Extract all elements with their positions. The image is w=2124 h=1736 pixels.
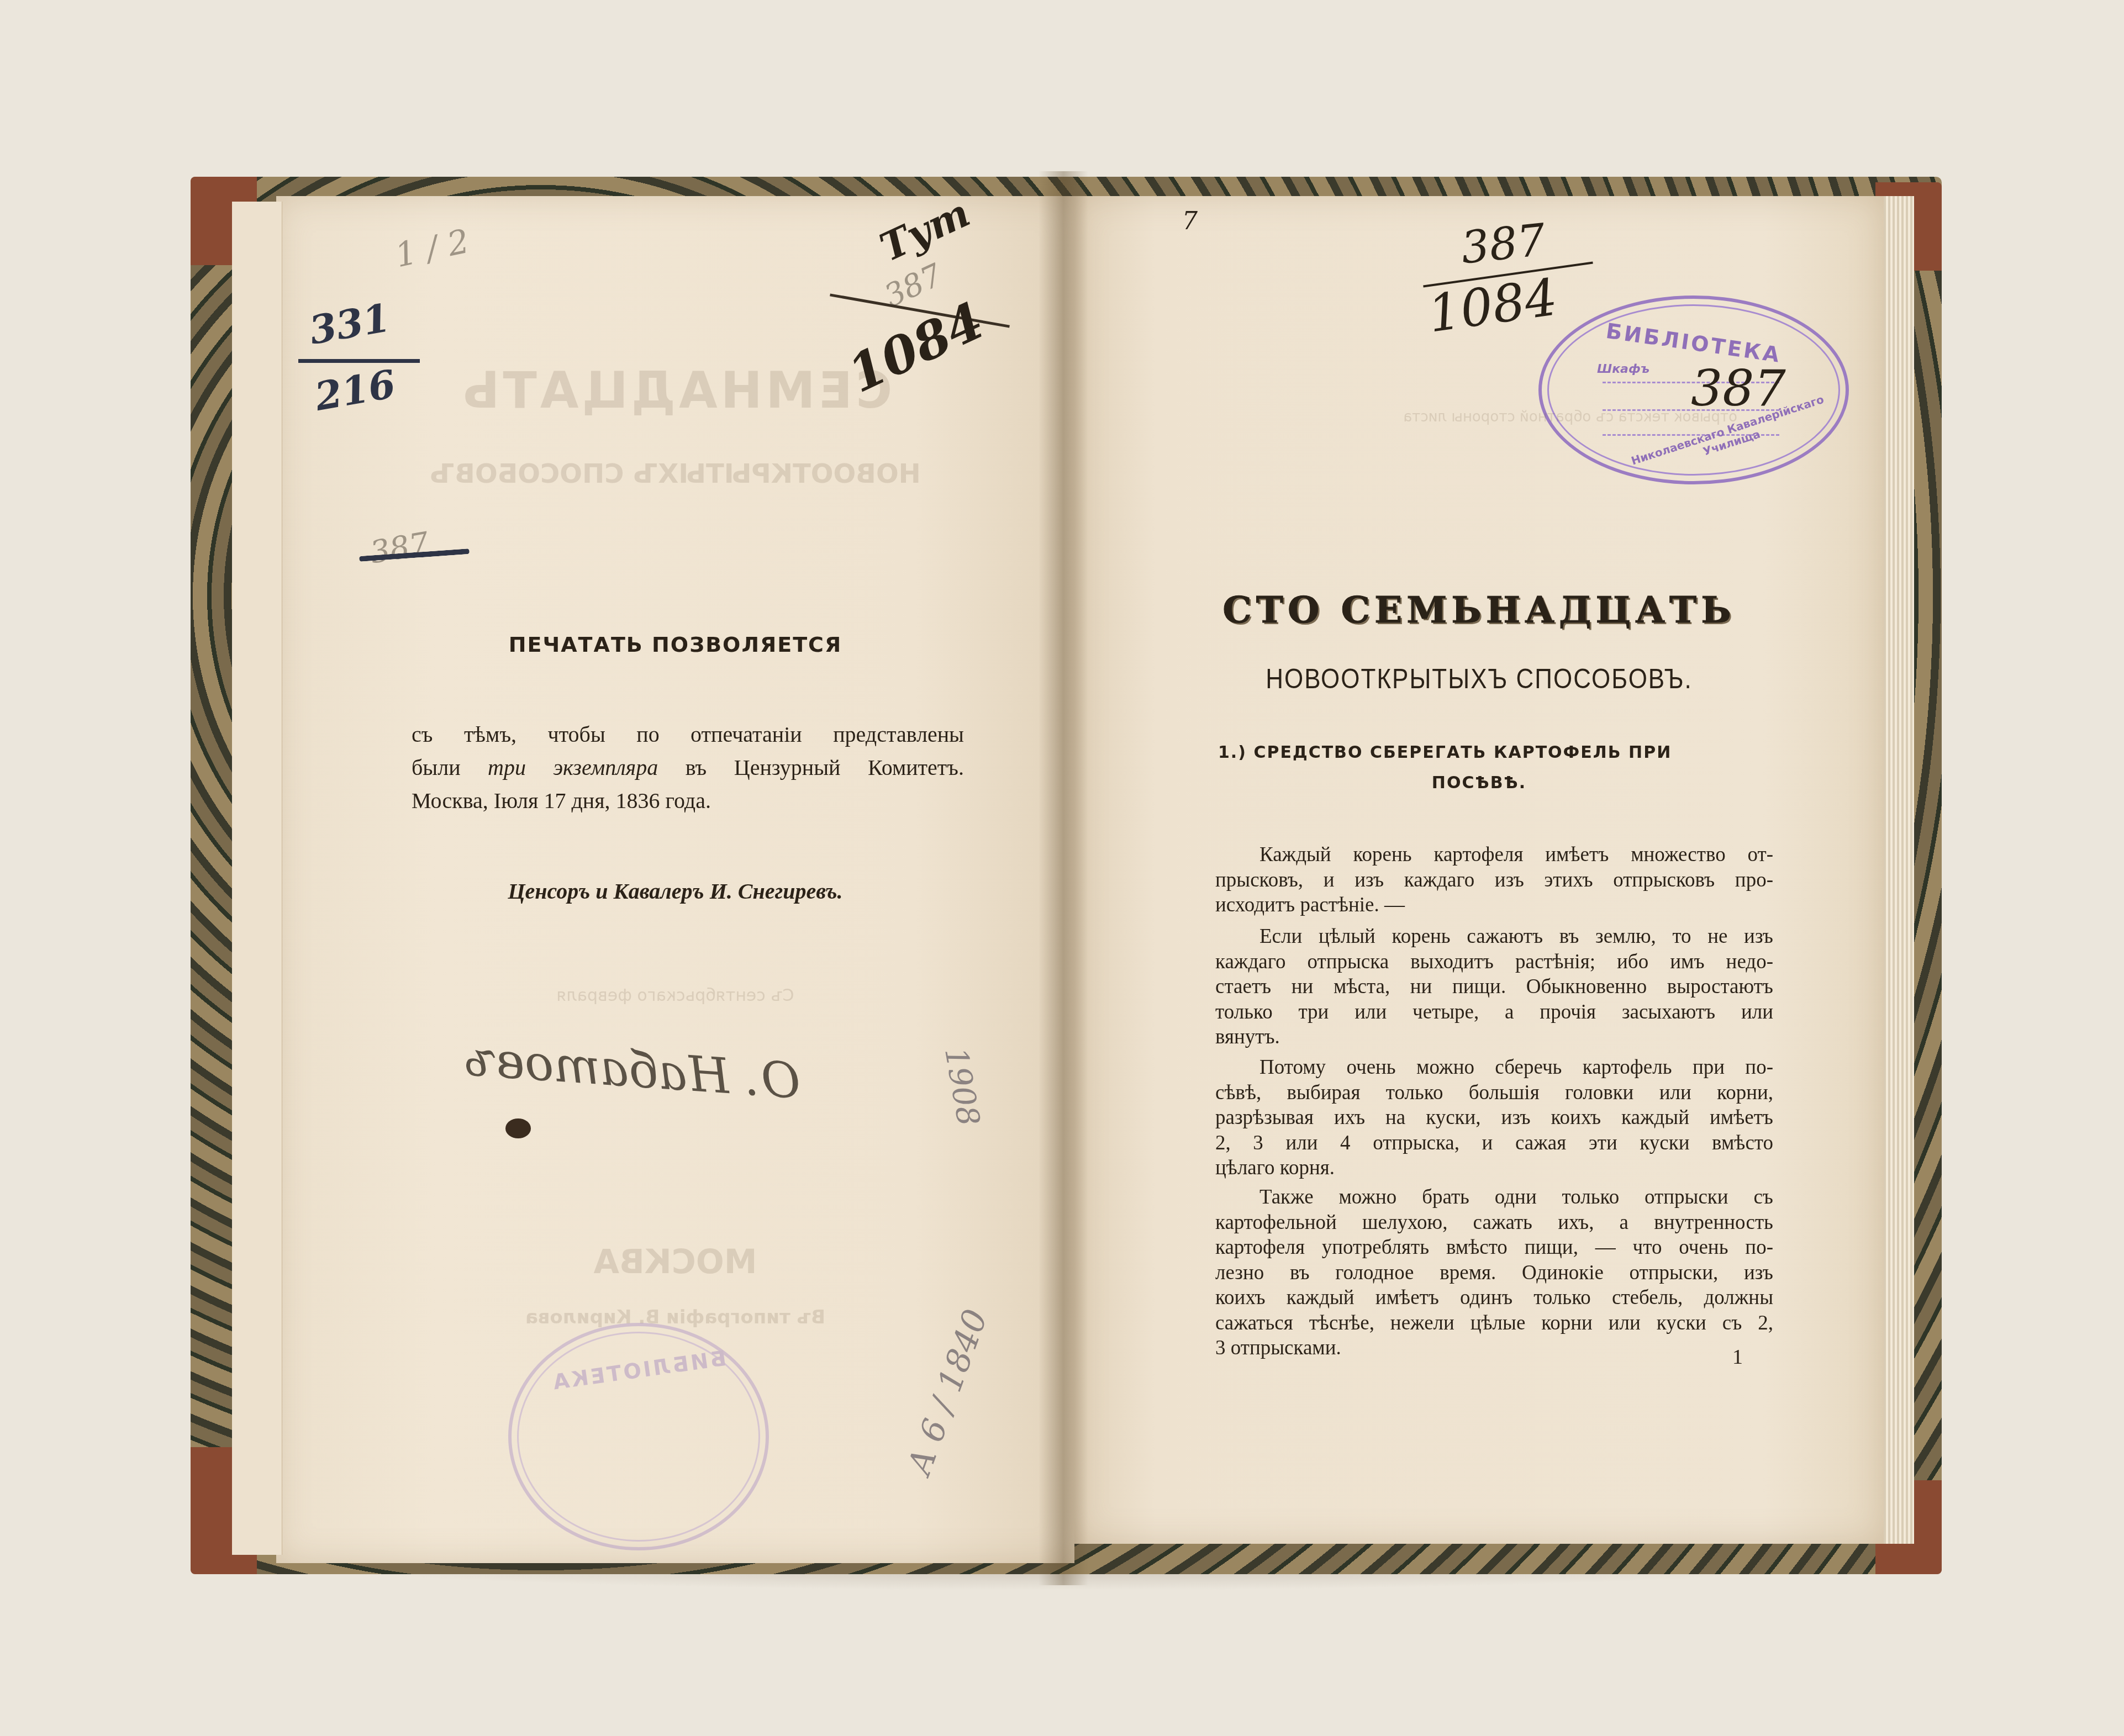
- right-page-recto: 7 387 1084 БИБЛІОТЕКА Шкафъ Николаевскаг…: [1074, 196, 1884, 1544]
- stamp-shelf-label: Шкафъ: [1597, 362, 1649, 376]
- paragraph-4: Также можно брать одни только отпрыски с…: [1215, 1185, 1773, 1361]
- paragraph-line: коихъ каждый имѣетъ одинъ только стебель…: [1215, 1285, 1773, 1311]
- paragraph-line: лезно въ голодное время. Одинокіе отпрыс…: [1215, 1260, 1773, 1286]
- ink-blot: [505, 1118, 531, 1138]
- flyleaf-edge: [232, 202, 282, 1555]
- paragraph-3: Потому очень можно сберечь картофель при…: [1215, 1055, 1773, 1181]
- paragraph-line: вянутъ.: [1215, 1025, 1773, 1050]
- paragraph-line: цѣлаго корня.: [1215, 1155, 1773, 1181]
- section-heading-line-1: 1.) СРЕДСТВО СБЕРЕГАТЬ КАРТОФЕЛЬ ПРИ: [1218, 743, 1770, 762]
- censor-signature-line: Ценсоръ и Кавалеръ И. Снегиревъ.: [276, 878, 1074, 904]
- handwritten-fraction-denominator: 1084: [1425, 267, 1561, 344]
- left-page-verso: СЕМНАДЦАТЬ НОВООТКРЫТЫХЪ СПОСОБОВЪ Съ се…: [276, 196, 1074, 1563]
- paragraph-1: Каждый корень картофеля имѣетъ множество…: [1215, 842, 1773, 918]
- paragraph-line: 2, 3 или 4 отпрыска, и сажая эти куски в…: [1215, 1131, 1773, 1156]
- paragraph-line: Каждый корень картофеля имѣетъ множество…: [1215, 842, 1773, 868]
- bleed-through-subtitle: НОВООТКРЫТЫХЪ СПОСОБОВЪ: [276, 458, 1074, 489]
- bleed-through-paragraph: отрывок текста съ обратной стороны листа: [1185, 406, 1737, 428]
- library-stamp-faded: БИБЛІОТЕКА: [508, 1323, 769, 1550]
- paragraph-line: каждаго отпрыска выходитъ растѣнія; ибо …: [1215, 949, 1773, 975]
- censorship-heading: ПЕЧАТАТЬ ПОЗВОЛЯЕТСЯ: [276, 632, 1074, 657]
- paragraph-line: Потому очень можно сберечь картофель при…: [1215, 1055, 1773, 1080]
- book-subtitle: НОВООТКРЫТЫХЪ СПОСОБОВЪ.: [1074, 663, 1884, 695]
- page-block-edge: [1884, 196, 1914, 1544]
- paragraph-line: Также можно брать одни только отпрыски с…: [1215, 1185, 1773, 1210]
- paragraph-line: исходитъ растѣніе. —: [1215, 893, 1773, 918]
- censorship-line-3: Москва, Іюля 17 дня, 1836 года.: [412, 790, 964, 812]
- section-heading-line-2: ПОСѢВѢ.: [1074, 773, 1884, 793]
- paragraph-line: разрѣзывая ихъ на куски, изъ коихъ кажды…: [1215, 1105, 1773, 1131]
- handwritten-note-top-right: Тут: [873, 189, 976, 270]
- handwritten-signature-mirrored: О. Набатовъ: [462, 1030, 802, 1110]
- library-stamp: БИБЛІОТЕКА Шкафъ Николаевскаго Кавалерій…: [1538, 296, 1849, 484]
- paragraph-line: сѣвѣ, выбирая только большія головки или…: [1215, 1080, 1773, 1106]
- paragraph-line: Если цѣлый корень сажаютъ въ землю, то н…: [1215, 924, 1773, 949]
- paragraph-line: стаетъ ни мѣста, ни пищи. Обыкновенно вы…: [1215, 974, 1773, 1000]
- handwritten-fraction-bar-blue: [298, 359, 420, 363]
- handwritten-shelfmark-top-left: 1 / 2: [392, 222, 472, 275]
- pencil-note-right: A 6 / 1840: [900, 1305, 995, 1480]
- spine-gutter: [1039, 171, 1088, 1585]
- paragraph-line: прысковъ, и изъ каждаго изъ этихъ отпрыс…: [1215, 868, 1773, 893]
- book-title: СТО СЕМЬНАДЦАТЬ: [1074, 588, 1884, 631]
- censorship-line-2: были три экземпляра въ Цензурный Комитет…: [412, 757, 964, 779]
- page-number: 1: [1732, 1345, 1743, 1369]
- paragraph-line: картофельной шелухою, сажать ихъ, а внут…: [1215, 1210, 1773, 1236]
- paragraph-line: 3 отпрысками.: [1215, 1336, 1773, 1361]
- handwritten-fraction-numerator: 387: [1459, 214, 1548, 273]
- bleed-through-note: Съ сентябрьскаго февраля: [276, 986, 1074, 1005]
- italic-phrase: три экземпляра: [488, 755, 658, 780]
- handwritten-tick-mark: 7: [1182, 207, 1198, 235]
- censorship-line-1: съ тѣмъ, чтобы по отпечатаніи представле…: [412, 724, 964, 746]
- paragraph-line: сажаться тѣснѣе, нежели цѣлые корни или …: [1215, 1311, 1773, 1336]
- bleed-through-city: МОСКВА: [276, 1243, 1074, 1281]
- paragraph-line: только три или четыре, а прочія засыхают…: [1215, 1000, 1773, 1025]
- handwritten-fraction-numerator-blue: 331: [306, 294, 393, 353]
- handwritten-crossed-number: 387: [367, 525, 432, 571]
- paragraph-line: картофеля употреблять вмѣсто пищи, — что…: [1215, 1235, 1773, 1260]
- pencil-note-margin: 1908: [937, 1045, 987, 1129]
- paragraph-2: Если цѣлый корень сажаютъ въ землю, то н…: [1215, 924, 1773, 1050]
